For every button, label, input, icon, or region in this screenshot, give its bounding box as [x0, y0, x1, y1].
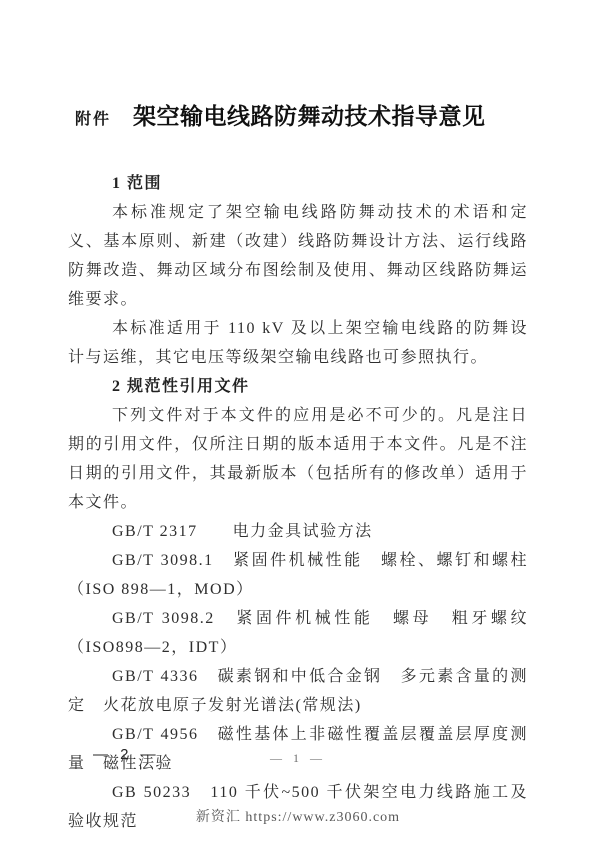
paragraph-scope-1: 本标准规定了架空输电线路防舞动技术的术语和定义、基本原则、新建（改建）线路防舞设… [68, 198, 528, 314]
document-body: 1 范围 本标准规定了架空输电线路防舞动技术的术语和定义、基本原则、新建（改建）… [68, 169, 528, 836]
reference-item: GB/T 3098.2 紧固件机械性能 螺母 粗牙螺纹（ISO898—2，IDT… [68, 604, 528, 662]
section-heading-scope: 1 范围 [68, 169, 528, 198]
attachment-label: 附件 [75, 106, 111, 129]
reference-item: GB/T 2317 电力金具试验方法 [68, 517, 528, 546]
reference-item: GB/T 4336 碳素钢和中低合金钢 多元素含量的测定 火花放电原子发射光谱法… [68, 662, 528, 720]
document-title: 架空输电线路防舞动技术指导意见 [133, 98, 486, 131]
reference-item: GB/T 3098.1 紧固件机械性能 螺栓、螺钉和螺柱（ISO 898—1，M… [68, 546, 528, 604]
page-number-center: — 1 — [0, 751, 596, 766]
watermark-site-text: 新资汇 https://www.z3060.com [0, 806, 596, 826]
title-row: 附件 架空输电线路防舞动技术指导意见 [75, 0, 596, 131]
section-heading-normative-references: 2 规范性引用文件 [68, 372, 528, 401]
paragraph-references-intro: 下列文件对于本文件的应用是必不可少的。凡是注日期的引用文件，仅所注日期的版本适用… [68, 401, 528, 517]
document-page: 附件 架空输电线路防舞动技术指导意见 1 范围 本标准规定了架空输电线路防舞动技… [0, 0, 596, 842]
paragraph-scope-2: 本标准适用于 110 kV 及以上架空输电线路的防舞设计与运维，其它电压等级架空… [68, 314, 528, 372]
